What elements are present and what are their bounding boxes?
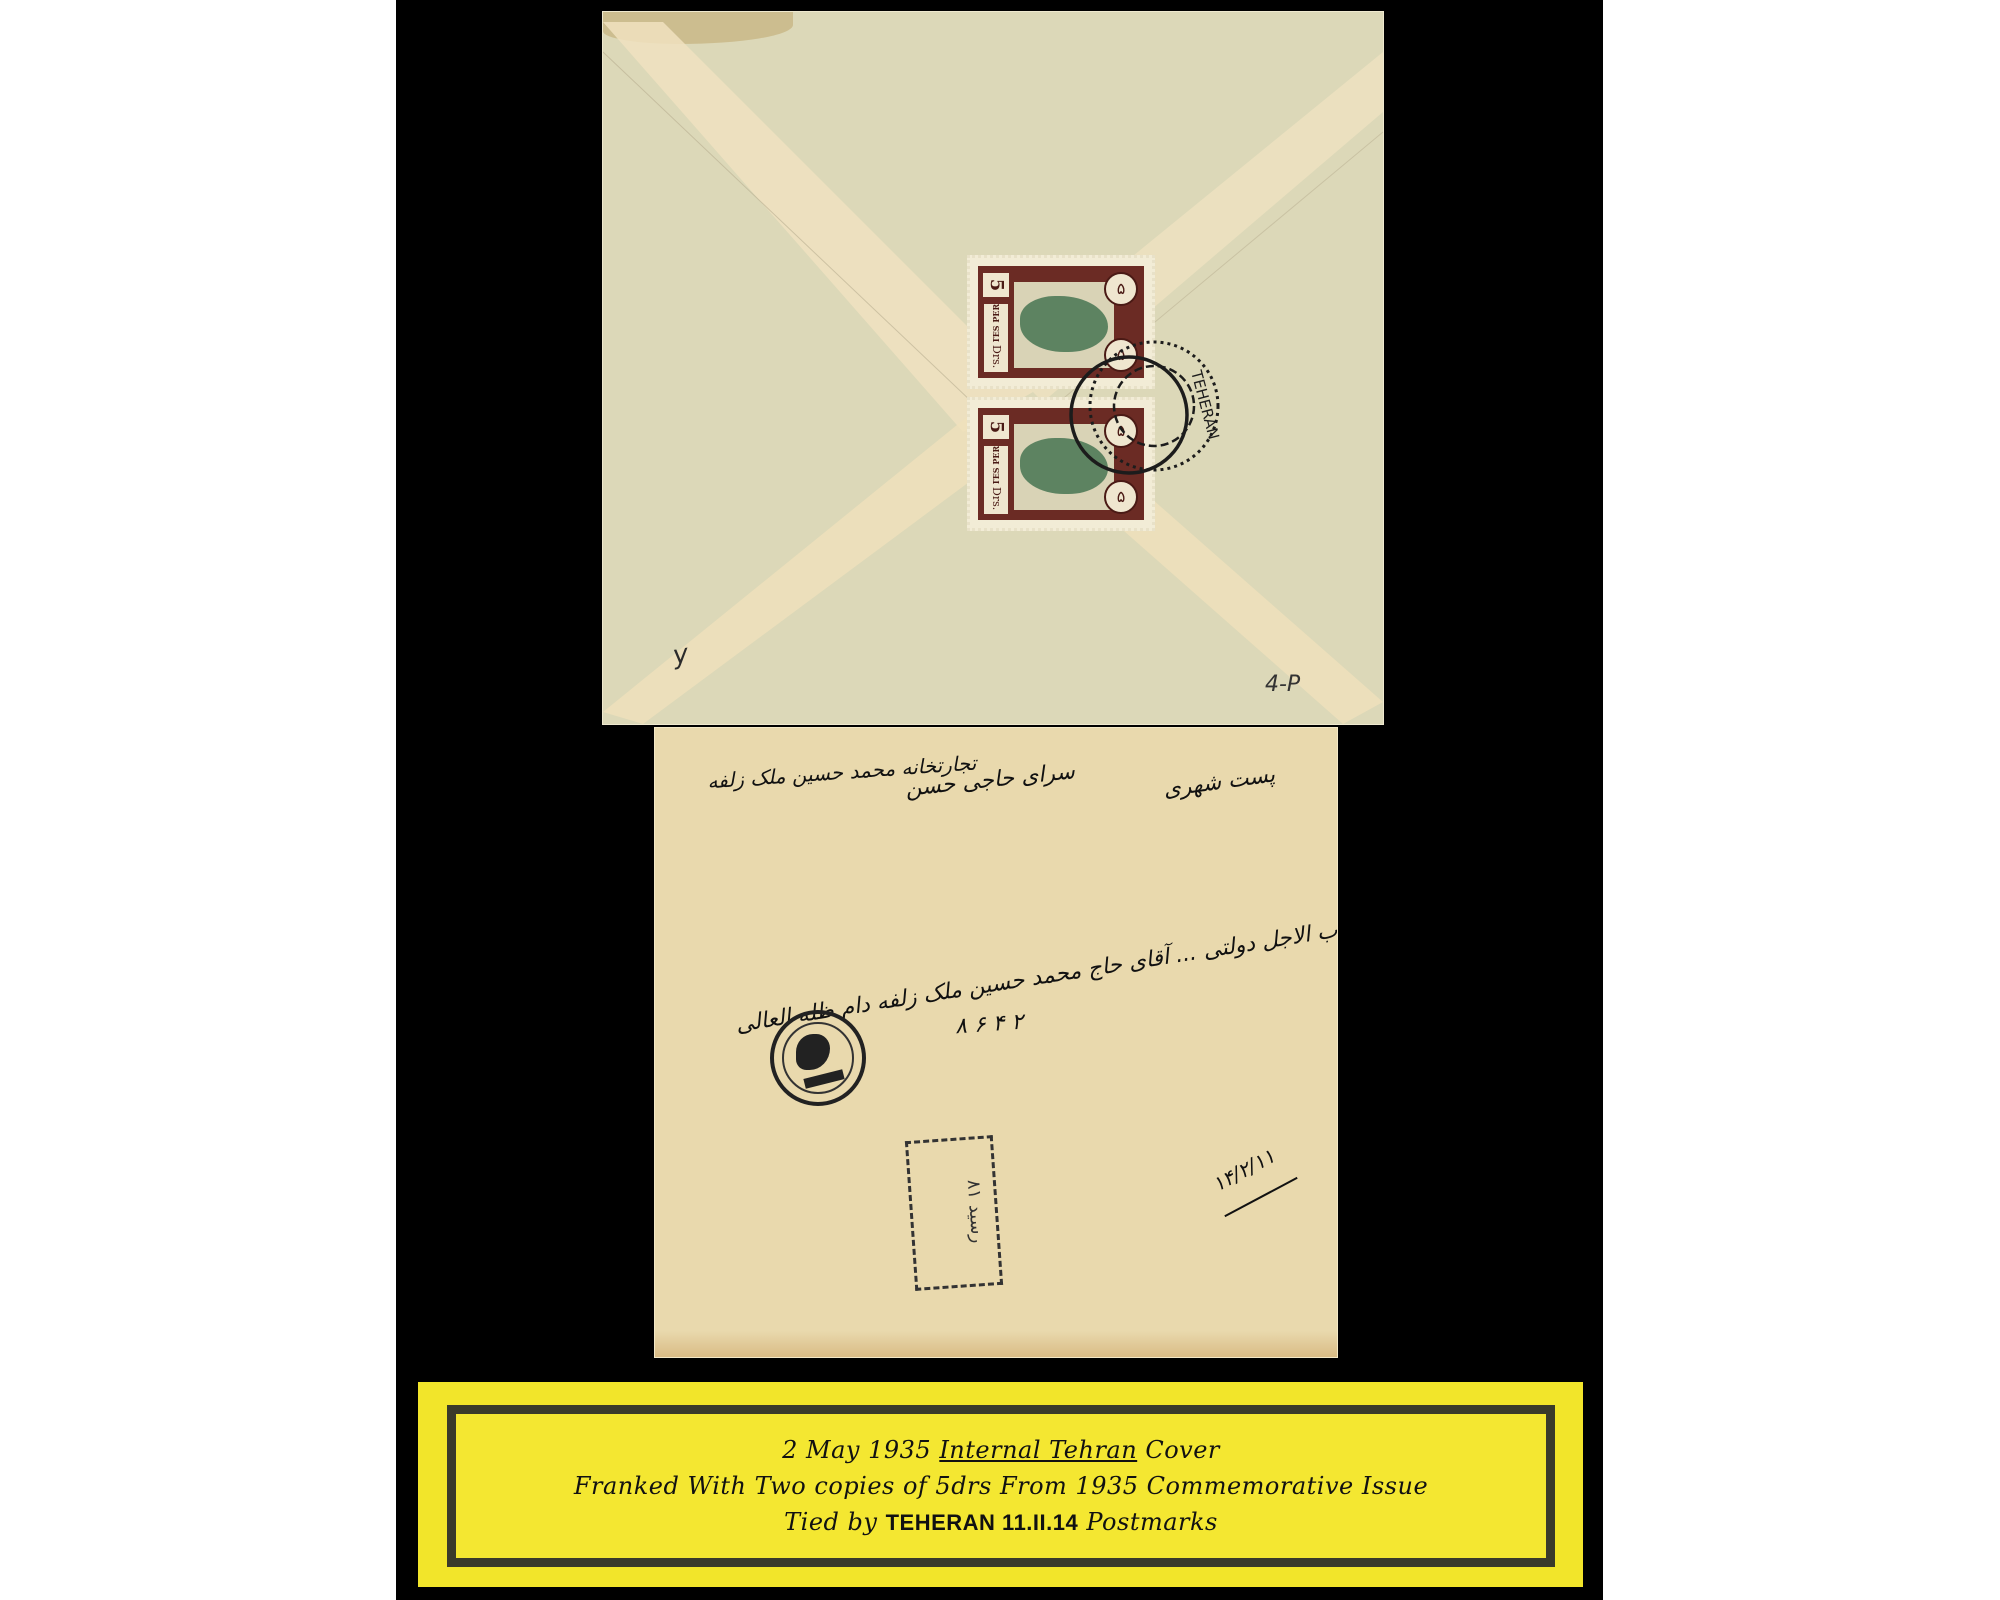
handwritten-date: ۱۴/۲/۱۱ bbox=[1208, 1144, 1279, 1197]
postage-stamp: 5 POSTES PERSANES Drs. ۵ ۵ bbox=[967, 255, 1155, 389]
pencil-mark: 4-P bbox=[1265, 672, 1300, 697]
caption-label: 2 May 1935 Internal Tehran Cover Franked… bbox=[418, 1382, 1583, 1587]
stamp-currency: Drs. bbox=[984, 484, 1008, 514]
stamp-value: 5 bbox=[983, 273, 1009, 297]
caption-tied-by: Tied by bbox=[784, 1508, 877, 1536]
figure-icon bbox=[1020, 438, 1108, 494]
stamp-value: 5 bbox=[983, 415, 1009, 439]
figure-icon bbox=[1020, 296, 1108, 352]
caption-postmarks: Postmarks bbox=[1086, 1508, 1217, 1536]
stamp-medallion: ۵ bbox=[1104, 480, 1138, 514]
caption-frame: 2 May 1935 Internal Tehran Cover Franked… bbox=[447, 1405, 1555, 1567]
rectangular-cachet: ۸۱ رسید bbox=[905, 1135, 1003, 1291]
stamp-vignette bbox=[1014, 424, 1114, 510]
caption-type: Internal Tehran bbox=[939, 1436, 1137, 1464]
round-seal-icon bbox=[770, 1010, 866, 1106]
stamp-medallion: ۵ bbox=[1104, 414, 1138, 448]
stamp-frame: 5 POSTES PERSANES Drs. ۵ ۵ bbox=[978, 266, 1144, 378]
stamp-currency: Drs. bbox=[984, 342, 1008, 372]
handwritten-city-post: پست شهری bbox=[1162, 762, 1277, 802]
stamp-vignette bbox=[1014, 282, 1114, 368]
envelope-back: 5 POSTES PERSANES Drs. ۵ ۵ 5 POSTES PERS… bbox=[603, 12, 1383, 724]
stamp-medallion: ۵ bbox=[1104, 338, 1138, 372]
postage-stamp: 5 POSTES PERSANES Drs. ۵ ۵ bbox=[967, 397, 1155, 531]
paper-stain bbox=[655, 1331, 1337, 1357]
caption-cover: Cover bbox=[1145, 1436, 1220, 1464]
stamp-medallion: ۵ bbox=[1104, 272, 1138, 306]
stamp-frame: 5 POSTES PERSANES Drs. ۵ ۵ bbox=[978, 408, 1144, 520]
handwritten-numbers: ۲ ۴ ۶ ۸ bbox=[954, 1010, 1024, 1040]
caption-line-3: Tied by TEHERAN 11.II.14 Postmarks bbox=[784, 1505, 1218, 1540]
caption-postmark: TEHERAN 11.II.14 bbox=[886, 1510, 1079, 1535]
caption-line-1: 2 May 1935 Internal Tehran Cover bbox=[782, 1433, 1220, 1467]
caption-date: 2 May 1935 bbox=[782, 1436, 931, 1464]
envelope-front: پست شهری سرای حاجی حسن تجارتخانه محمد حس… bbox=[655, 728, 1337, 1357]
caption-line-2: Franked With Two copies of 5drs From 193… bbox=[574, 1469, 1428, 1503]
